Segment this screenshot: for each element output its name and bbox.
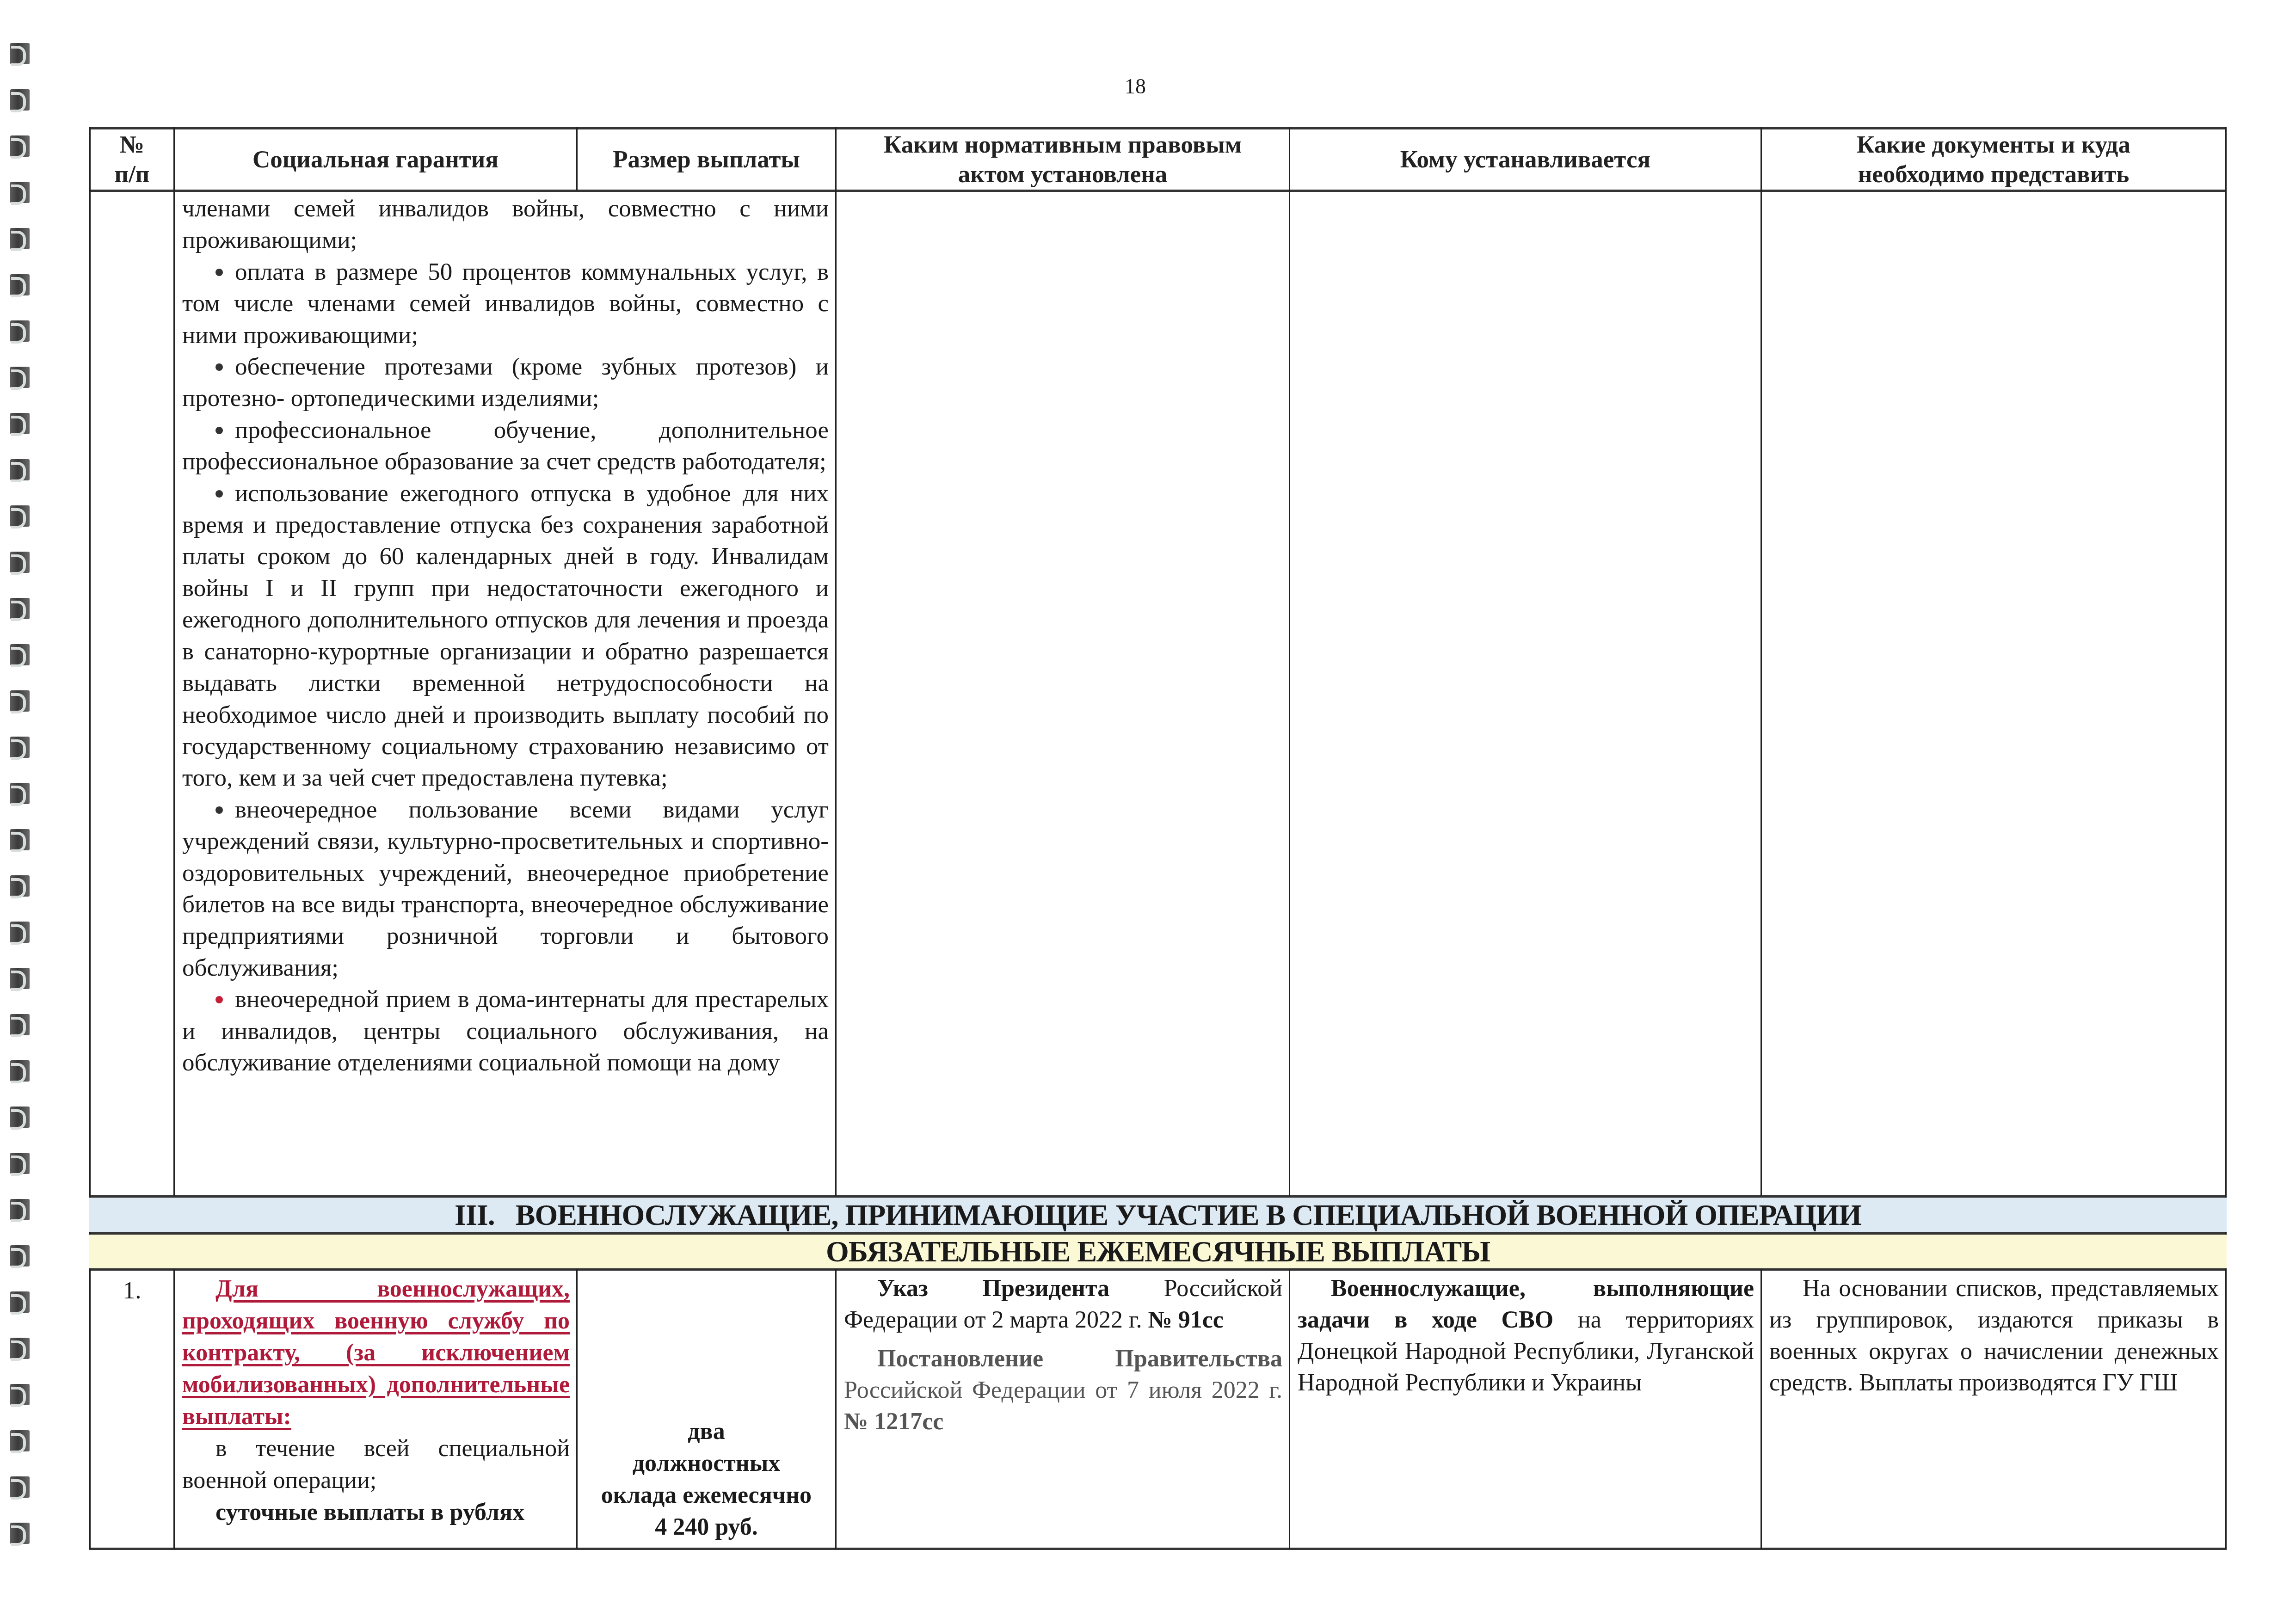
- binding-hole-icon: [10, 922, 30, 943]
- bullet-text: профессиональное обучение, дополнительно…: [182, 417, 829, 475]
- binding-hole-icon: [10, 43, 30, 64]
- row1-top-rule: [89, 1268, 2227, 1271]
- header-text: п/п: [115, 160, 150, 189]
- guarantee-bold: суточные выплаты в рублях: [182, 1496, 570, 1528]
- guarantee-intro: членами семей инвалидов войны, совместно…: [182, 193, 829, 256]
- col-divider: [1760, 127, 1762, 1196]
- header-text: №: [120, 130, 144, 160]
- binding-hole-icon: [10, 875, 30, 897]
- binding-hole-icon: [10, 89, 30, 111]
- binding-hole-icon: [10, 320, 30, 342]
- row-number: 1.: [91, 1271, 173, 1306]
- guarantee-bullet-item: внеочередной прием в дома-интернаты для …: [182, 984, 829, 1078]
- social-guarantees-table: № п/п Социальная гарантия Размер выплаты…: [89, 127, 2227, 1549]
- header-text: необходимо представить: [1858, 160, 2130, 189]
- binding-hole-icon: [10, 829, 30, 850]
- binding-hole-icon: [10, 1107, 30, 1128]
- binding-hole-icon: [10, 598, 30, 619]
- bullet-icon: [215, 490, 223, 498]
- amount-line: два: [578, 1415, 835, 1447]
- binding-hole-icon: [10, 1199, 30, 1220]
- bullet-text: внеочередной прием в дома-интернаты для …: [182, 986, 829, 1076]
- col-divider: [835, 127, 837, 1196]
- binding-hole-icon: [10, 783, 30, 804]
- bullet-icon: [215, 269, 223, 276]
- subsection-header: ОБЯЗАТЕЛЬНЫЕ ЕЖЕМЕСЯЧНЫЕ ВЫПЛАТЫ: [89, 1235, 2227, 1268]
- amount-cell: два должностных оклада ежемесячно 4 240 …: [578, 1273, 835, 1546]
- table-border-bottom: [89, 1548, 2227, 1550]
- guarantee-bullet-item: использование ежегодного отпуска в удобн…: [182, 478, 829, 794]
- binding-hole-icon: [10, 1476, 30, 1498]
- header-bottom-rule: [89, 190, 2227, 192]
- bullet-icon: [215, 996, 223, 1003]
- binding-hole-icon: [10, 182, 30, 203]
- binding-hole-icon: [10, 552, 30, 573]
- binding-hole-icon: [10, 644, 30, 665]
- header-legal-act: Каким нормативным правовым актом установ…: [837, 129, 1289, 190]
- guarantee-bullet-item: внеочередное пользование всеми видами ус…: [182, 794, 829, 984]
- amount-line: 4 240 руб.: [578, 1511, 835, 1543]
- guarantee-bullet-list: оплата в размере 50 процентов коммунальн…: [182, 256, 829, 1079]
- section-header: III. ВОЕННОСЛУЖАЩИЕ, ПРИНИМАЮЩИЕ УЧАСТИЕ…: [89, 1198, 2227, 1232]
- binding-hole-icon: [10, 1153, 30, 1174]
- amount-line: оклада ежемесячно: [578, 1479, 835, 1511]
- bullet-text: внеочередное пользование всеми видами ус…: [182, 796, 829, 981]
- legal-act-resolution: Постановление Правительства Российской Ф…: [844, 1343, 1282, 1438]
- bullet-icon: [215, 427, 223, 434]
- binding-hole-icon: [10, 737, 30, 758]
- bullet-icon: [215, 806, 223, 814]
- bullet-icon: [215, 363, 223, 371]
- header-text: Каким нормативным правовым: [884, 130, 1242, 160]
- binding-hole-icon: [10, 274, 30, 295]
- header-text: Какие документы и куда: [1857, 130, 2130, 160]
- bullet-text: обеспечение протезами (кроме зубных прот…: [182, 353, 829, 412]
- binding-hole-icon: [10, 459, 30, 480]
- binding-hole-icon: [10, 1014, 30, 1035]
- binding-holes: [10, 0, 33, 1623]
- documents-cell: На основании списков, представляемых из …: [1762, 1273, 2225, 1399]
- header-number: № п/п: [91, 129, 173, 190]
- guarantee-continuation-cell: членами семей инвалидов войны, совместно…: [175, 193, 835, 1195]
- bullet-text: использование ежегодного отпуска в удобн…: [182, 480, 829, 792]
- guarantee-cell: Для военнослужащих, проходящих военную с…: [175, 1273, 576, 1528]
- guarantee-bullet-item: обеспечение протезами (кроме зубных прот…: [182, 351, 829, 414]
- amount-line: должностных: [578, 1447, 835, 1479]
- header-documents: Какие документы и куда необходимо предст…: [1762, 129, 2225, 190]
- table-border-left: [89, 127, 91, 1549]
- documents-text: На основании списков, представляемых из …: [1769, 1273, 2219, 1399]
- binding-hole-icon: [10, 135, 30, 157]
- guarantee-bullet-item: профессиональное обучение, дополнительно…: [182, 414, 829, 478]
- binding-hole-icon: [10, 1430, 30, 1451]
- guarantee-detail: в течение всей специальной военной опера…: [182, 1432, 570, 1496]
- legal-act-cell: Указ Президента Российской Федерации от …: [837, 1273, 1289, 1438]
- recipients-cell: Военнослужащие, выполняющие задачи в ход…: [1290, 1273, 1760, 1399]
- header-text: Кому устанавливается: [1400, 145, 1650, 174]
- header-amount: Размер выплаты: [578, 129, 835, 190]
- header-text: Размер выплаты: [613, 145, 800, 174]
- binding-hole-icon: [10, 1384, 30, 1405]
- header-guarantee: Социальная гарантия: [175, 129, 576, 190]
- bullet-text: оплата в размере 50 процентов коммунальн…: [182, 258, 829, 349]
- binding-hole-icon: [10, 505, 30, 527]
- page-number: 18: [1112, 74, 1158, 98]
- binding-hole-icon: [10, 367, 30, 388]
- binding-hole-icon: [10, 228, 30, 249]
- guarantee-bullet-item: оплата в размере 50 процентов коммунальн…: [182, 256, 829, 351]
- table-border-right: [2225, 127, 2227, 1549]
- binding-hole-icon: [10, 1291, 30, 1313]
- legal-act-decree: Указ Президента Российской Федерации от …: [844, 1273, 1282, 1336]
- binding-hole-icon: [10, 1523, 30, 1544]
- header-text: Социальная гарантия: [252, 145, 499, 174]
- header-recipients: Кому устанавливается: [1290, 129, 1760, 190]
- header-text: актом установлена: [958, 160, 1168, 189]
- col-divider: [1289, 127, 1290, 1196]
- binding-hole-icon: [10, 690, 30, 712]
- binding-hole-icon: [10, 413, 30, 434]
- guarantee-heading: Для военнослужащих, проходящих военную с…: [182, 1276, 570, 1430]
- binding-hole-icon: [10, 1060, 30, 1082]
- binding-hole-icon: [10, 1338, 30, 1359]
- binding-hole-icon: [10, 1245, 30, 1266]
- binding-hole-icon: [10, 968, 30, 989]
